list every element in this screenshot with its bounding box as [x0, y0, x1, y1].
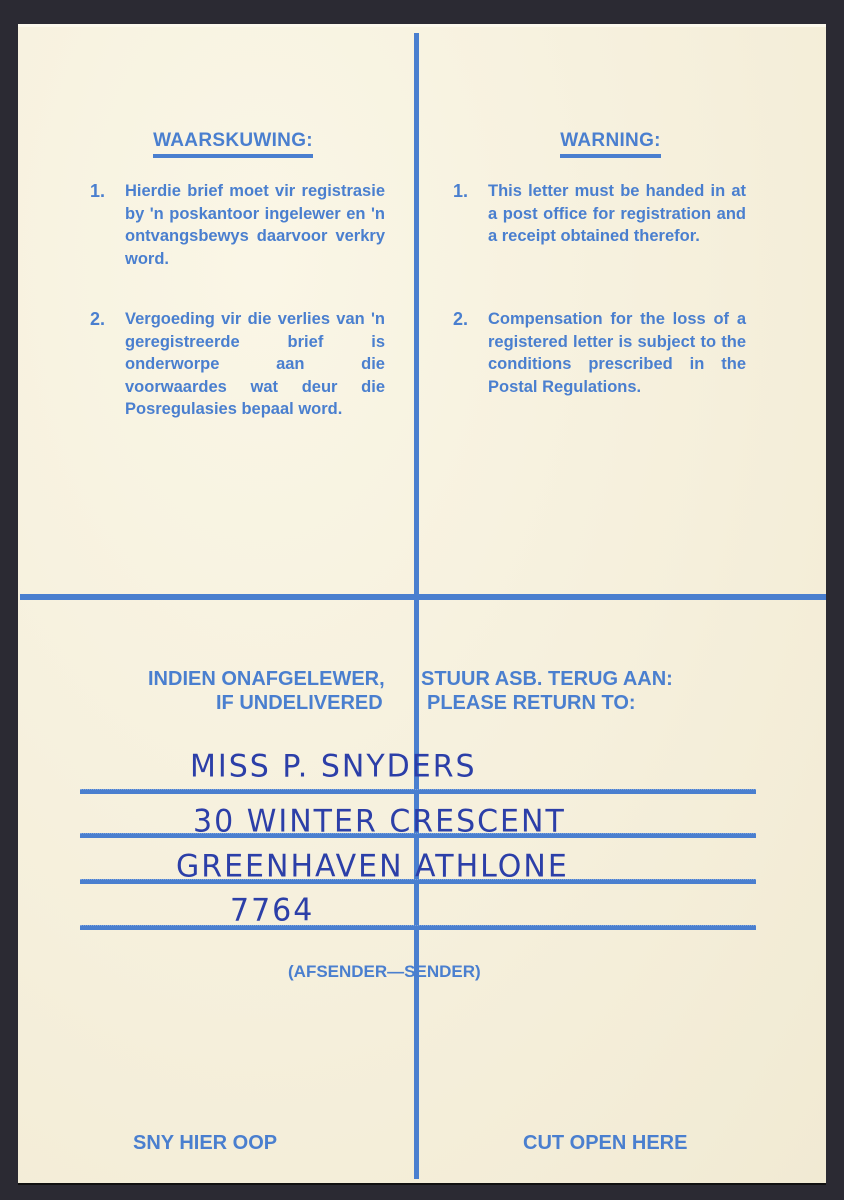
- handwritten-address-line-4: 7764: [230, 892, 314, 929]
- warning-item-afrikaans-2: 2. Vergoeding vir die verlies van 'n ger…: [125, 308, 385, 421]
- item-text: Vergoeding vir die verlies van 'n geregi…: [125, 310, 385, 418]
- item-text: This letter must be handed in at a post …: [488, 182, 746, 245]
- return-afrikaans-right: STUUR ASB. TERUG AAN:: [421, 668, 673, 691]
- return-instruction-line2: IF UNDELIVERED PLEASE RETURN TO:: [216, 692, 383, 715]
- sender-label: (AFSENDER—SENDER): [288, 962, 481, 982]
- vertical-divider: [414, 33, 419, 1179]
- warning-item-english-1: 1. This letter must be handed in at a po…: [488, 180, 746, 248]
- horizontal-divider: [20, 594, 826, 600]
- address-rule-1: [80, 789, 756, 794]
- item-number: 1.: [90, 180, 105, 203]
- address-rule-3: [80, 879, 756, 884]
- item-number: 2.: [90, 308, 105, 331]
- item-number: 1.: [453, 180, 468, 203]
- return-english-right: PLEASE RETURN TO:: [427, 692, 636, 715]
- warning-item-afrikaans-1: 1. Hierdie brief moet vir registrasie by…: [125, 180, 385, 270]
- address-rule-4: [80, 925, 756, 930]
- return-english-left: IF UNDELIVERED: [216, 692, 383, 714]
- cut-here-english: CUT OPEN HERE: [523, 1132, 687, 1155]
- return-instruction-line1: INDIEN ONAFGELEWER, STUUR ASB. TERUG AAN…: [148, 668, 385, 691]
- warning-heading-afrikaans: WAARSKUWING:: [118, 130, 348, 158]
- return-afrikaans-left: INDIEN ONAFGELEWER,: [148, 668, 385, 690]
- handwritten-address-line-1: MISS P. SNYDERS: [190, 748, 477, 785]
- cut-here-afrikaans: SNY HIER OOP: [133, 1132, 277, 1155]
- warning-heading-english: WARNING:: [523, 130, 698, 158]
- envelope: WAARSKUWING: WARNING: 1. Hierdie brief m…: [18, 24, 826, 1183]
- item-text: Compensation for the loss of a registere…: [488, 310, 746, 396]
- item-text: Hierdie brief moet vir registrasie by 'n…: [125, 182, 385, 268]
- address-rule-2: [80, 833, 756, 838]
- warning-item-english-2: 2. Compensation for the loss of a regist…: [488, 308, 746, 398]
- item-number: 2.: [453, 308, 468, 331]
